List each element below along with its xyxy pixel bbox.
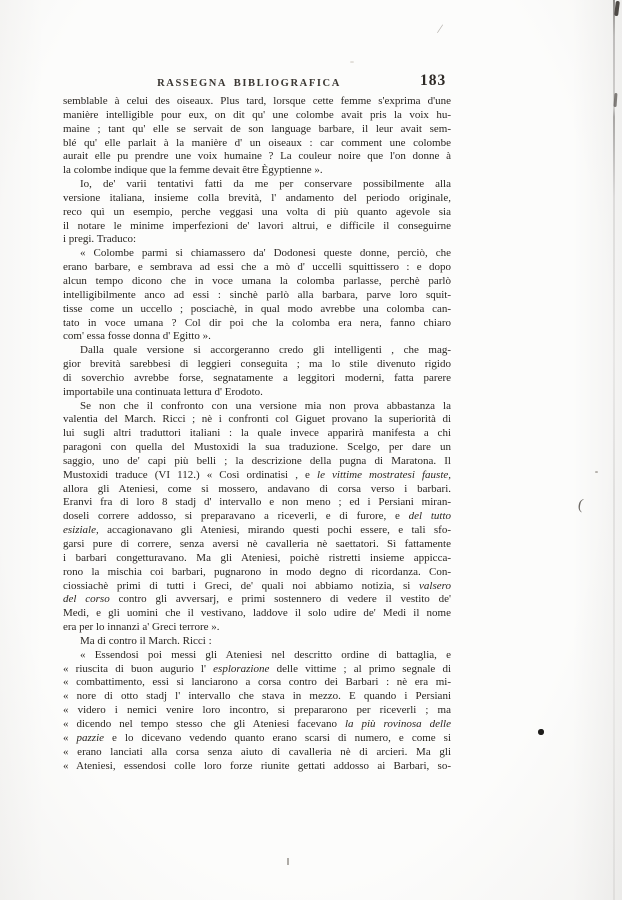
running-head: RASSEGNA BIBLIOGRAFICA [63,78,435,89]
text-line: Dalla quale versione si accorgeranno cre… [63,344,451,358]
paragraph: Ma di contro il March. Ricci : [63,635,451,649]
scan-mark-paren: ( [577,497,585,515]
page-number: 183 [420,72,446,90]
text-line: valentìa del March. Ricci ; nè i confron… [63,413,451,427]
paragraph: Io, de' varii tentativi fatti da me per … [63,178,451,247]
paragraph: Se non che il confronto con una versione… [63,400,451,635]
text-line: ciossiachè primi di tutti i Greci, de' q… [63,580,451,594]
text-line: manière intelligible pour eux, on dit qu… [63,109,451,123]
text-line: « Colombe parmi si chiamassero da' Dodon… [63,247,451,261]
text-line: gior brevità sarebbesi di leggieri conse… [63,358,451,372]
text-block: semblable à celui des oiseaux. Plus tard… [63,95,451,773]
text-line: importabile una continuata lettura d' Er… [63,386,451,400]
text-line: Mustoxidi traduce (VI 112.) « Così ordin… [63,469,451,483]
text-line: « dicendo nel tempo stesso che gli Ateni… [63,718,451,732]
text-line: i pregi. Traduco: [63,233,451,247]
text-line: doseli correre addosso, si preparavano a… [63,510,451,524]
text-line: maine ; tant qu' elle se servait de son … [63,123,451,137]
text-line: garsi pure di correre, senza aversi nè c… [63,538,451,552]
text-line: esiziale, accagionavano gli Ateniesi, mi… [63,524,451,538]
text-line: era per lo innanzi a' Greci terrore ». [63,621,451,635]
text-line: Ma di contro il March. Ricci : [63,635,451,649]
text-line: Se non che il confronto con una versione… [63,400,451,414]
text-line: versione italiana, insieme colla brevità… [63,192,451,206]
text-line: del corso contro gli avversarj, e primi … [63,593,451,607]
text-line: Medi, e gli uomini che il vestivano, lad… [63,607,451,621]
text-line: tato in voce umana ? Col dir poi che la … [63,317,451,331]
scan-speck [350,61,354,63]
paragraph: semblable à celui des oiseaux. Plus tard… [63,95,451,178]
text-line: rono la mischia coi barbari, pugnarono i… [63,566,451,580]
text-line: di soverchio avrebbe forse, segnatamente… [63,372,451,386]
scanned-book-page: RASSEGNA BIBLIOGRAFICA 183 semblable à c… [0,0,622,900]
text-line: « Essendosi poi messi gli Ateniesi nel d… [63,649,451,663]
text-line: il notare le minime imperfezioni de' lav… [63,220,451,234]
text-line: Eranvi fra di loro 8 stadj d' intervallo… [63,496,451,510]
text-line: « combattimento, essi si lanciarono a co… [63,676,451,690]
text-line: Io, de' varii tentativi fatti da me per … [63,178,451,192]
scan-mark-corner-top [614,1,620,16]
text-line: i barbari congetturavano. Ma gli Atenies… [63,552,451,566]
scan-mark-slash: / [437,21,442,37]
text-line: tisse come un uccello ; posciachè, in qu… [63,303,451,317]
text-line: intelligibilmente anco ad essi : sinchè … [63,289,451,303]
text-line: « riuscita di buon augurio l' esplorazio… [63,663,451,677]
text-line: paragoni con quella del Mustoxidi la sua… [63,441,451,455]
text-line: « videro i nemici venire loro incontro, … [63,704,451,718]
scan-speck [595,471,598,473]
text-line: aurait elle pu prendre une voix humaine … [63,150,451,164]
text-line: allora gli Ateniesi, come si mossero, an… [63,483,451,497]
text-line: erano barbare, e sembrava ad essi che a … [63,261,451,275]
page-edge-line [613,0,615,900]
scan-mark-corner-mid [614,93,618,107]
text-line: « nore di otto stadj l' intervallo che s… [63,690,451,704]
scan-mark-ink-dot [538,729,544,735]
scan-mark-bottom-dash [287,858,289,865]
paragraph: Dalla quale versione si accorgeranno cre… [63,344,451,399]
text-line: « pazzie e lo dicevano vedendo quanto er… [63,732,451,746]
text-line: reco quì un esempio, perche veggasi una … [63,206,451,220]
text-line: « Ateniesi, essendosi colle loro forze r… [63,760,451,774]
text-line: la colombe indique que la femme devait ê… [63,164,451,178]
paragraph: « Essendosi poi messi gli Ateniesi nel d… [63,649,451,774]
text-line: semblable à celui des oiseaux. Plus tard… [63,95,451,109]
text-line: com' essa fosse donna d' Egitto ». [63,330,451,344]
paragraph: « Colombe parmi si chiamassero da' Dodon… [63,247,451,344]
text-line: saggio, uno de' capi più belli ; la desc… [63,455,451,469]
text-line: alcun tempo dicono che in voce umana la … [63,275,451,289]
text-line: « erano lanciati alla corsa senza aiuto … [63,746,451,760]
text-line: blé qu' elle parlait à la manière d' un … [63,137,451,151]
text-line: lui sugli altri traduttori italiani : la… [63,427,451,441]
